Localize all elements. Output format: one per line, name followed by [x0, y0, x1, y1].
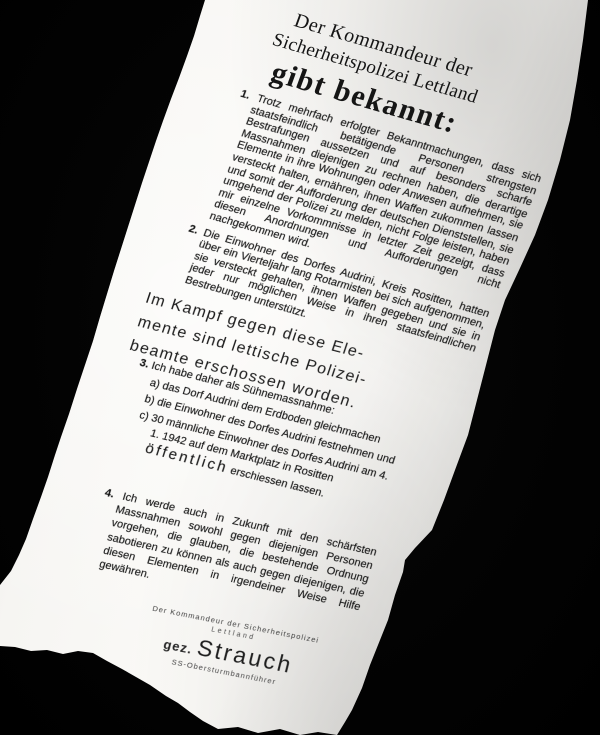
sub-item-c-label: c): [138, 409, 151, 423]
sub-item-a-label: a): [148, 377, 161, 391]
item-4-number: 4.: [103, 487, 115, 501]
torn-paper-document: Der Kommandeur der Sicherheitspolizei Le…: [0, 0, 600, 735]
item-4-text: Ich werde auch in Zukunft mit den schärf…: [98, 491, 378, 613]
signature-prefix: gez.: [162, 637, 194, 657]
item-3-number: 3.: [138, 357, 151, 371]
sub-item-b-label: b): [143, 393, 156, 407]
item-1-number: 1.: [239, 88, 252, 102]
item-2-number: 2.: [187, 223, 200, 237]
photo-background: Der Kommandeur der Sicherheitspolizei Le…: [0, 0, 600, 735]
